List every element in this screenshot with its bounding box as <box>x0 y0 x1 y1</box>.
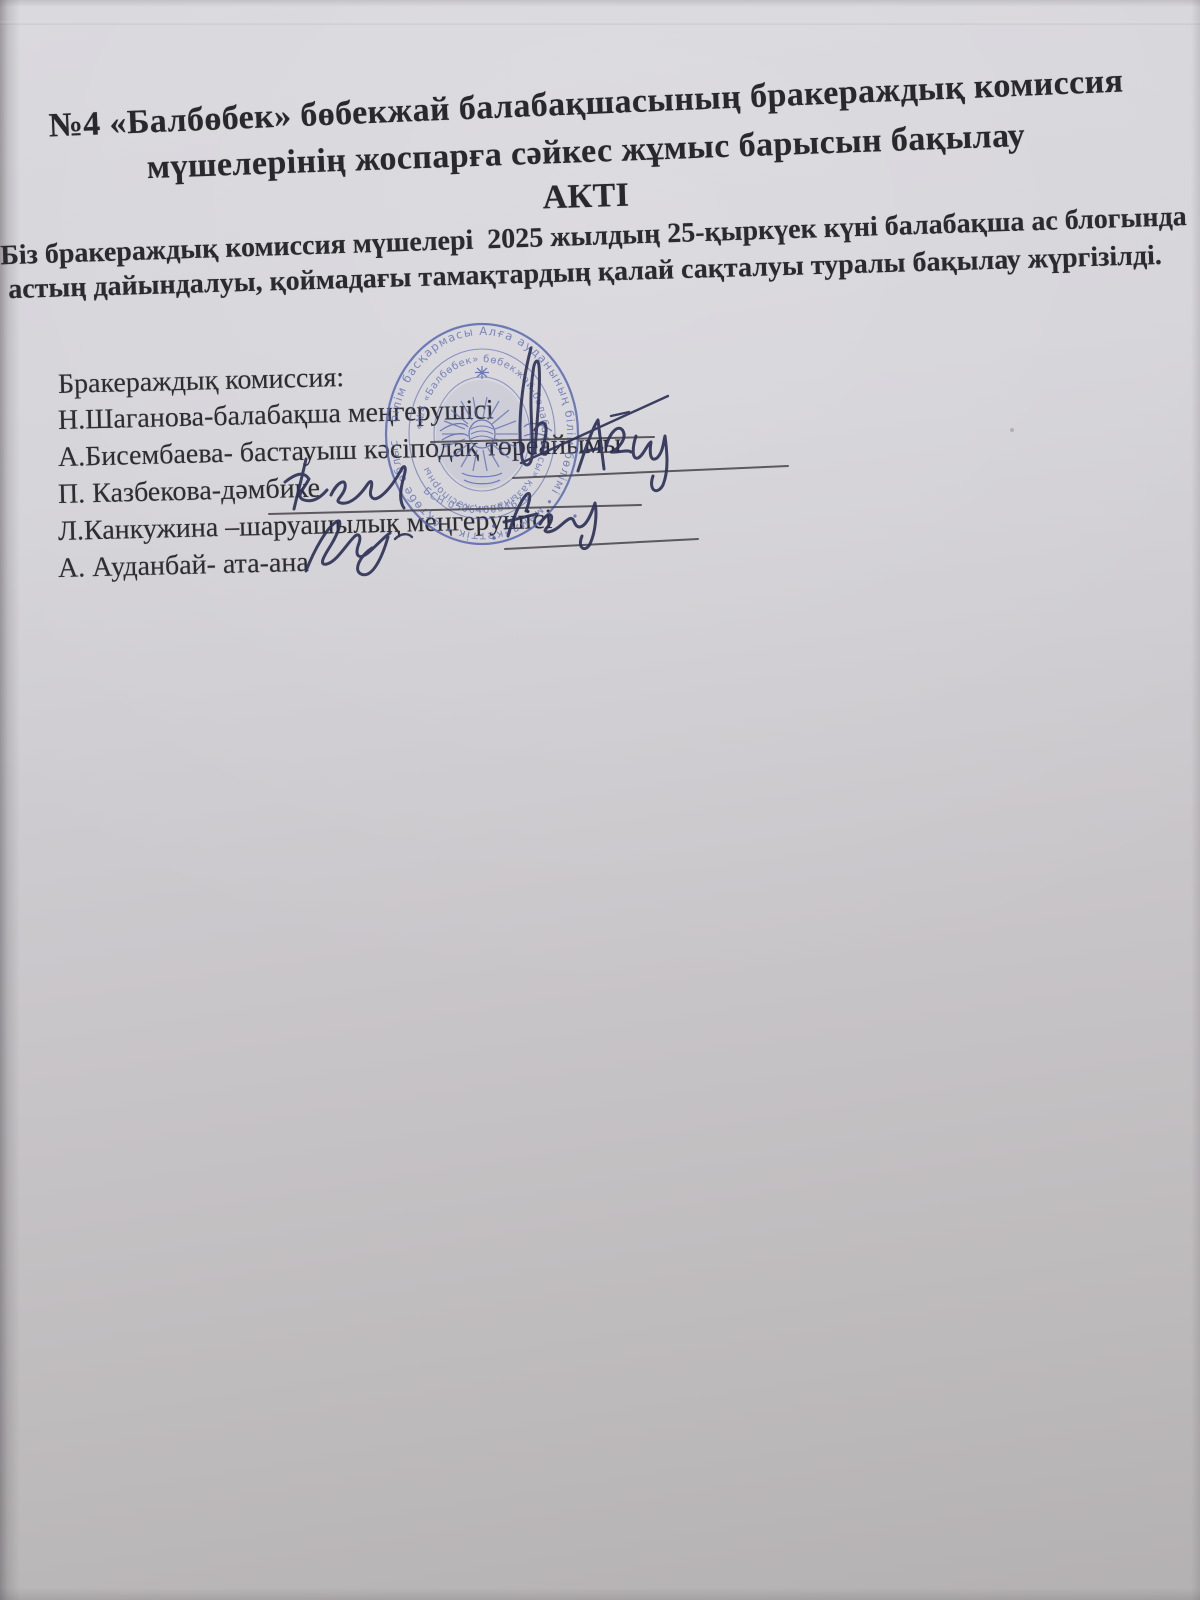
commission-member-3: П. Казбекова-дәмбике <box>58 472 321 512</box>
paper-fold-crease <box>0 21 1200 25</box>
signature-line-2 <box>513 466 788 478</box>
paper-speck <box>1010 428 1014 432</box>
paper-sheet: №4 «Балбөбек» бөбекжай балабақшасының бр… <box>0 0 1200 1600</box>
signature-line-4 <box>505 539 698 549</box>
commission-member-5: А. Ауданбай- ата-ана <box>58 546 310 586</box>
commission-heading: Бракераждық комиссия: <box>58 361 345 402</box>
